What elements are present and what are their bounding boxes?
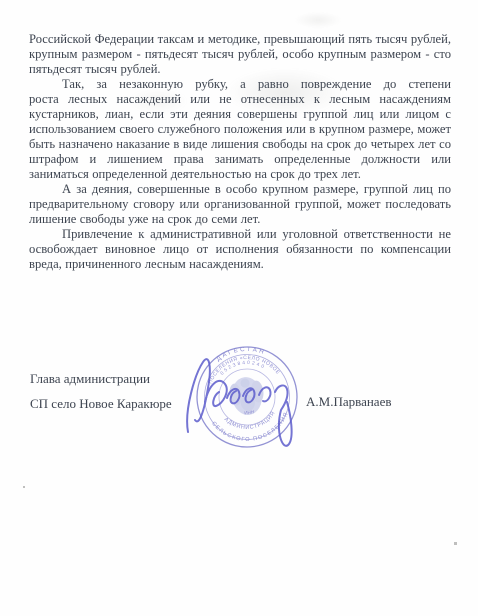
scan-speck <box>23 486 25 488</box>
text-line: заниматься определенной деятельностью на… <box>29 167 451 182</box>
text-line: вреда, причиненного лесным насаждениям. <box>29 257 451 272</box>
text-line: предварительному сговору или организован… <box>29 197 451 212</box>
text-line: кустарников, лиан, если эти деяния совер… <box>29 107 451 122</box>
text-line: штрафом и лишением права занимать опреде… <box>29 152 451 167</box>
handwritten-signature <box>175 340 310 465</box>
text-line: освобождает виновное лицо от исполнения … <box>29 242 451 257</box>
scan-speck <box>454 542 457 545</box>
text-line: Так, за незаконную рубку, а равно повреж… <box>29 77 451 92</box>
text-line: Привлечение к административной или уголо… <box>29 227 451 242</box>
signer-role-line-1: Глава администрации <box>30 371 150 387</box>
document-body: Российской Федерации таксам и методике, … <box>29 32 451 272</box>
document-page: Российской Федерации таксам и методике, … <box>0 0 478 616</box>
text-line: крупным размером - пятьдесят тысяч рубле… <box>29 47 451 62</box>
text-line: лишение свободы уже на срок до семи лет. <box>29 212 451 227</box>
text-line: пятьдесят тысяч рублей. <box>29 62 451 77</box>
text-line: роста лесных насаждений или не отнесенны… <box>29 92 451 107</box>
signer-role-line-2: СП село Новое Каракюре <box>30 396 172 412</box>
text-line: быть назначено наказание в виде лишения … <box>29 137 451 152</box>
text-line: использованием своего служебного положен… <box>29 122 451 137</box>
signer-name: А.М.Парванаев <box>306 394 391 410</box>
text-line: А за деяния, совершенные в особо крупном… <box>29 182 451 197</box>
text-line: Российской Федерации таксам и методике, … <box>29 32 451 47</box>
scan-smudge <box>295 12 341 28</box>
